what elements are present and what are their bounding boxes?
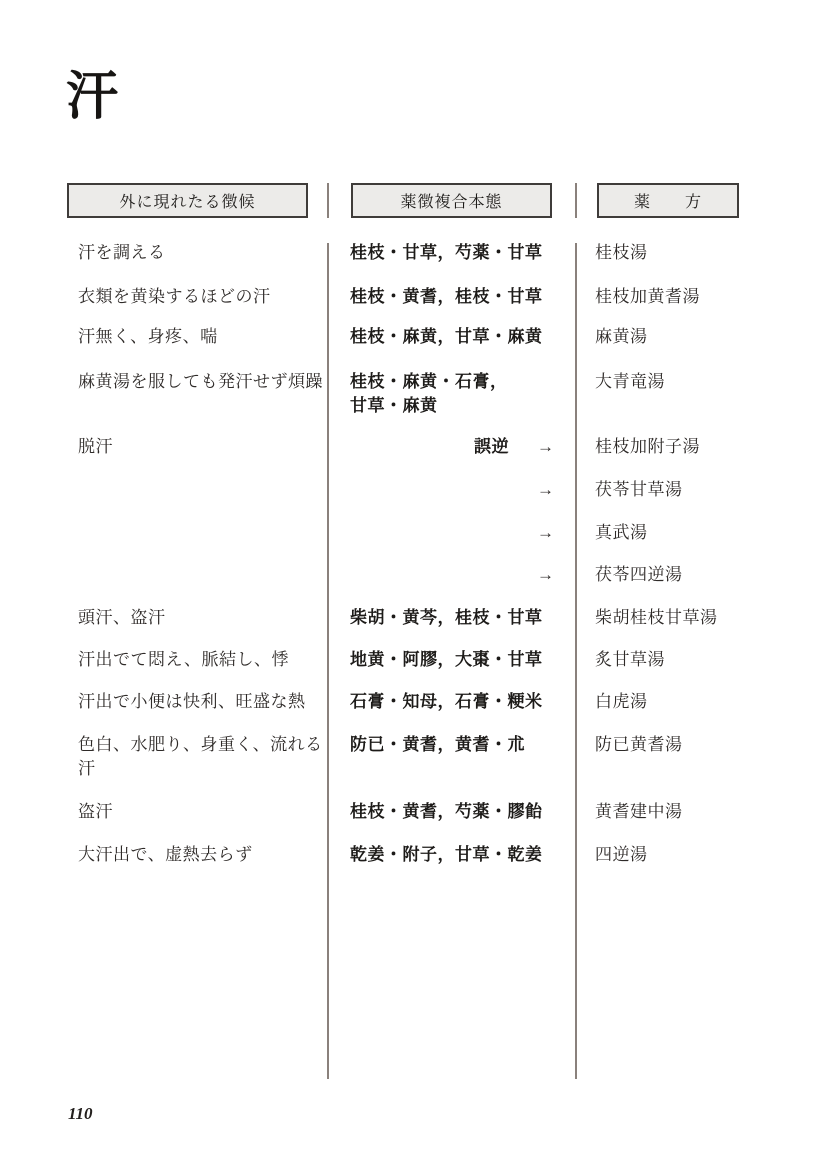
misstep-cell: → xyxy=(350,521,560,545)
page-number: 110 xyxy=(68,1104,93,1124)
formula-cell: 大青竜湯 xyxy=(595,370,830,394)
herbs-line-1: 桂枝・麻黄・石膏， xyxy=(350,370,560,394)
formula-cell: 白虎湯 xyxy=(595,690,830,714)
herbs-cell: 石膏・知母，石膏・粳米 xyxy=(350,690,560,714)
symptom-line-2: 汗 xyxy=(78,757,340,781)
formula-cell: 茯苓四逆湯 xyxy=(595,563,830,587)
misstep-label: 誤逆 xyxy=(474,435,509,459)
symptom-cell: 汗を調える xyxy=(78,241,340,265)
formula-cell: 柴胡桂枝甘草湯 xyxy=(595,606,830,630)
book-page: 汗 外に現れたる徴候 薬徴複合本態 薬 方 汗を調える 桂枝・甘草，芍薬・甘草 … xyxy=(0,0,830,1172)
column-header-herb-combinations-label: 薬徴複合本態 xyxy=(400,189,502,212)
column-header-herb-combinations: 薬徴複合本態 xyxy=(351,183,552,218)
right-arrow-icon: → xyxy=(537,563,554,587)
symptom-cell: 汗出でて悶え、脈結し、悸 xyxy=(78,648,340,672)
herbs-cell: 桂枝・麻黄・石膏， 甘草・麻黄 xyxy=(350,370,560,418)
herbs-cell: 桂枝・黄耆，桂枝・甘草 xyxy=(350,285,560,309)
formula-cell: 四逆湯 xyxy=(595,843,830,867)
formula-cell: 防已黄耆湯 xyxy=(595,733,830,757)
herbs-cell: 桂枝・黄耆，芍薬・膠飴 xyxy=(350,800,560,824)
right-arrow-icon: → xyxy=(537,435,554,459)
symptom-cell: 大汗出で、虚熱去らず xyxy=(78,843,340,867)
column-header-formulas-label: 薬 方 xyxy=(634,189,702,212)
column-header-formulas: 薬 方 xyxy=(597,183,739,218)
herbs-cell: 桂枝・甘草，芍薬・甘草 xyxy=(350,241,560,265)
herbs-cell: 乾姜・附子，甘草・乾姜 xyxy=(350,843,560,867)
misstep-cell: → xyxy=(350,478,560,502)
formula-cell: 真武湯 xyxy=(595,521,830,545)
page-title: 汗 xyxy=(66,68,118,126)
symptom-cell: 色白、水肥り、身重く、流れる 汗 xyxy=(78,733,340,781)
symptom-cell: 汗無く、身疼、喘 xyxy=(78,325,340,349)
column-divider-2 xyxy=(575,243,577,1079)
formula-cell: 桂枝加黄耆湯 xyxy=(595,285,830,309)
herbs-cell: 地黄・阿膠，大棗・甘草 xyxy=(350,648,560,672)
formula-cell: 桂枝加附子湯 xyxy=(595,435,830,459)
right-arrow-icon: → xyxy=(537,478,554,502)
right-arrow-icon: → xyxy=(537,521,554,545)
symptom-line-1: 色白、水肥り、身重く、流れる xyxy=(78,733,340,757)
symptom-cell: 頭汗、盗汗 xyxy=(78,606,340,630)
herbs-line-2: 甘草・麻黄 xyxy=(350,394,560,418)
misstep-cell: → xyxy=(350,563,560,587)
formula-cell: 桂枝湯 xyxy=(595,241,830,265)
misstep-cell: 誤逆 → xyxy=(350,435,560,459)
herbs-cell: 桂枝・麻黄，甘草・麻黄 xyxy=(350,325,560,349)
column-header-symptoms: 外に現れたる徴候 xyxy=(67,183,308,218)
formula-cell: 黄耆建中湯 xyxy=(595,800,830,824)
herbs-cell: 柴胡・黄芩，桂枝・甘草 xyxy=(350,606,560,630)
symptom-cell: 衣類を黄染するほどの汗 xyxy=(78,285,340,309)
column-header-symptoms-label: 外に現れたる徴候 xyxy=(119,189,255,212)
header-divider-1 xyxy=(327,183,329,218)
symptom-cell: 麻黄湯を服しても発汗せず煩躁 xyxy=(78,370,340,394)
formula-cell: 麻黄湯 xyxy=(595,325,830,349)
symptom-cell: 汗出で小便は快利、旺盛な熱 xyxy=(78,690,340,714)
header-divider-2 xyxy=(575,183,577,218)
symptom-cell: 脱汗 xyxy=(78,435,340,459)
symptom-cell: 盗汗 xyxy=(78,800,340,824)
herbs-cell: 防已・黄耆，黄耆・朮 xyxy=(350,733,560,757)
formula-cell: 炙甘草湯 xyxy=(595,648,830,672)
formula-cell: 茯苓甘草湯 xyxy=(595,478,830,502)
